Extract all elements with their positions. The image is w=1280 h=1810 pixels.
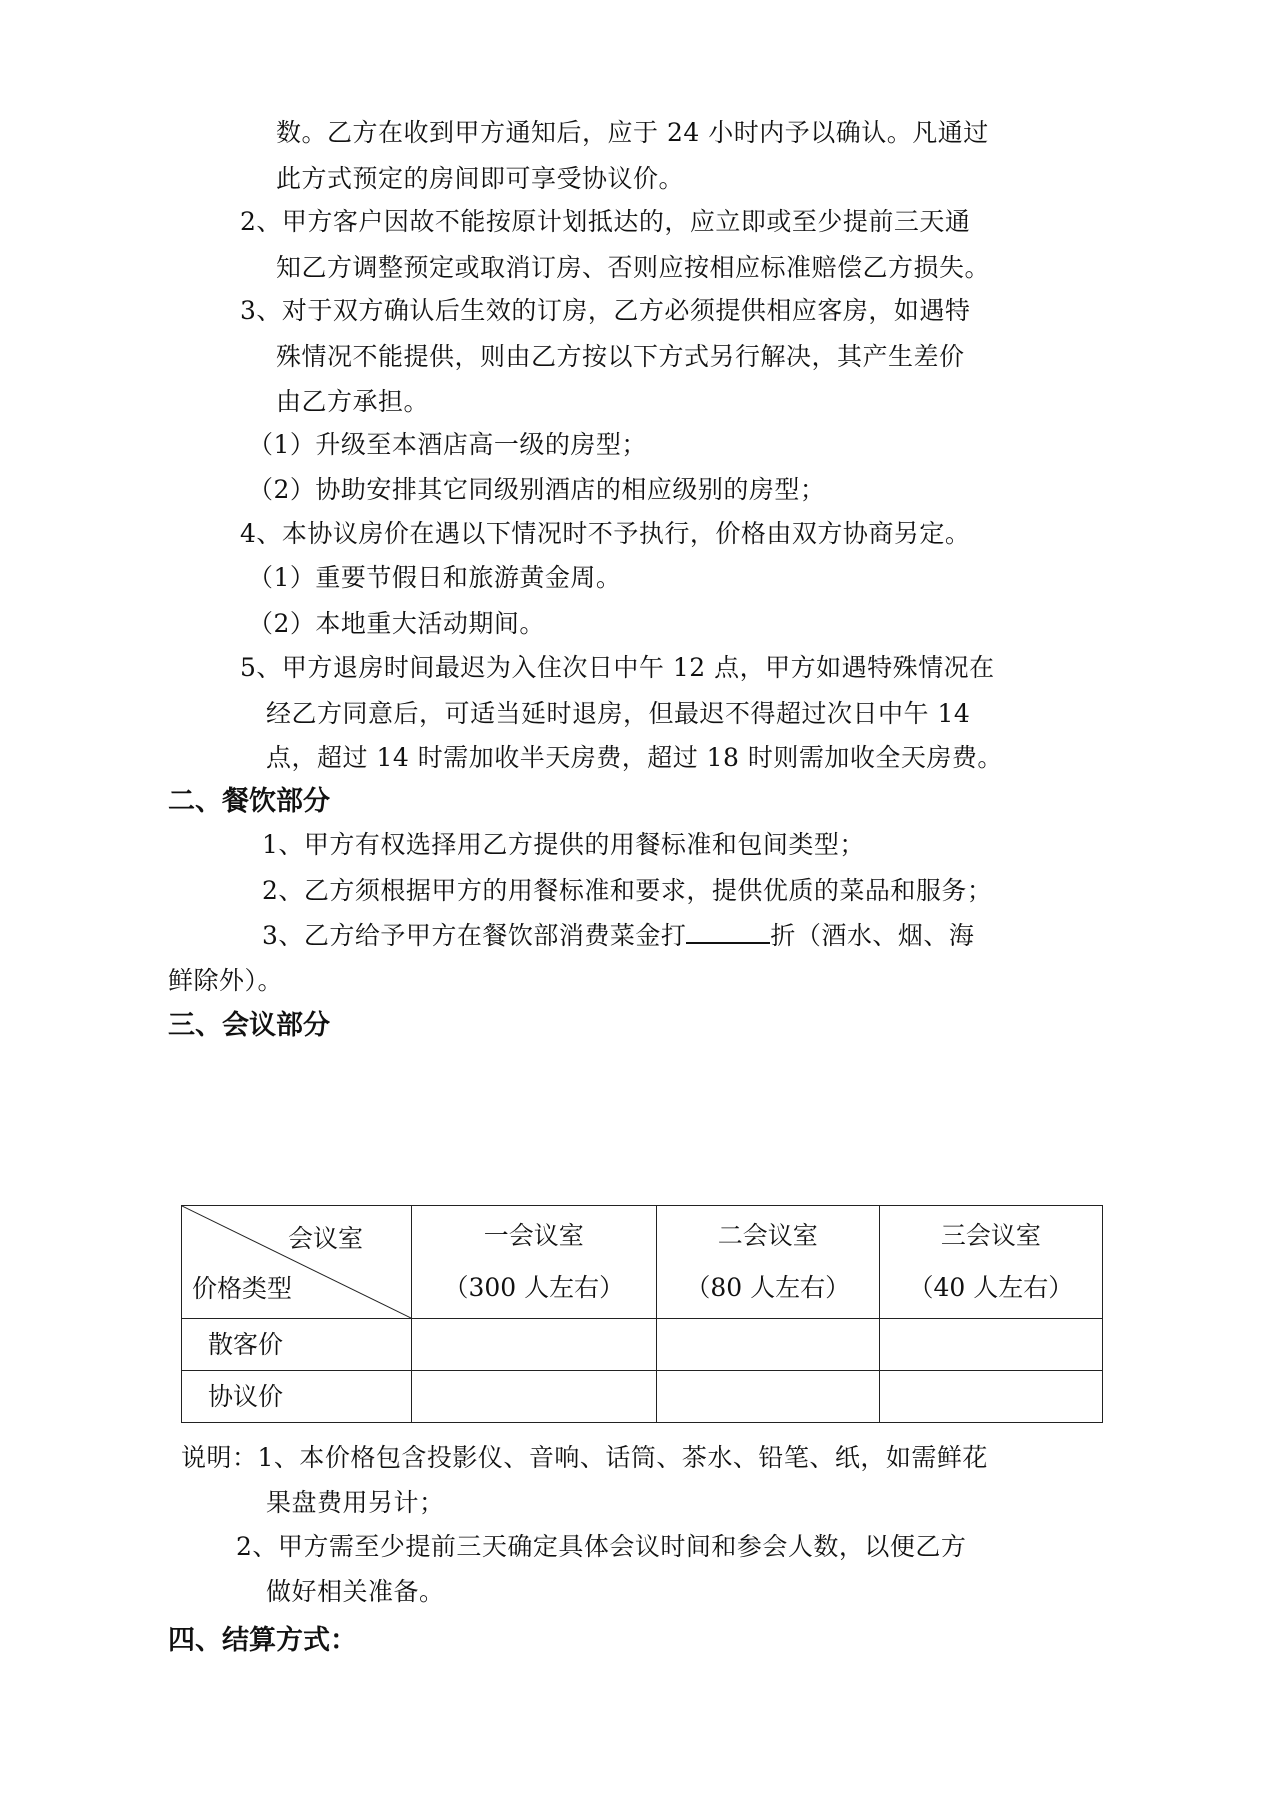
table-header-row: 会议室 价格类型 一会议室 （300 人左右） 二会议室 （80 人左右） 三会…: [182, 1206, 1103, 1319]
room-capacity: （40 人左右）: [880, 1273, 1102, 1303]
lodging-item5-line1: 5、甲方退房时间最迟为入住次日中午 12 点，甲方如遇特殊情况在: [240, 653, 995, 683]
corner-label-room: 会议室: [288, 1224, 363, 1254]
lodging-item3-line2: 殊情况不能提供，则由乙方按以下方式另行解决，其产生差价: [276, 342, 965, 372]
corner-label-price-type: 价格类型: [192, 1274, 292, 1304]
lodging-item2-line1: 2、甲方客户因故不能按原计划抵达的，应立即或至少提前三天通: [240, 207, 970, 237]
table-row: 协议价: [182, 1371, 1103, 1423]
discount-blank-field[interactable]: [686, 920, 770, 944]
column-header-room-3: 三会议室 （40 人左右）: [879, 1206, 1102, 1319]
table-cell: [879, 1319, 1102, 1371]
lodging-item5-line2: 经乙方同意后，可适当延时退房，但最迟不得超过次日中午 14: [266, 699, 970, 729]
table-cell: [879, 1371, 1102, 1423]
dining-item3: 3、乙方给予甲方在餐饮部消费菜金打折（酒水、烟、海: [262, 920, 974, 951]
meeting-heading: 三、会议部分: [168, 1010, 330, 1042]
meeting-note1-cont: 果盘费用另计；: [266, 1488, 445, 1518]
table-cell: [656, 1319, 879, 1371]
meeting-note2-cont: 做好相关准备。: [266, 1577, 445, 1607]
lodging-item3-line1: 3、对于双方确认后生效的订房，乙方必须提供相应客房，如遇特: [240, 296, 970, 326]
table-corner-cell: 会议室 价格类型: [182, 1206, 412, 1319]
row-label-agreement-price: 协议价: [182, 1371, 412, 1423]
room-name: 一会议室: [412, 1221, 656, 1251]
dining-heading: 二、餐饮部分: [168, 786, 330, 818]
lodging-item4-sub2: （2）本地重大活动期间。: [248, 609, 545, 639]
lodging-item3-sub2: （2）协助安排其它同级别酒店的相应级别的房型；: [248, 475, 825, 505]
dining-item3-cont: 鲜除外）。: [168, 966, 283, 996]
lodging-item5-line3: 点，超过 14 时需加收半天房费，超过 18 时则需加收全天房费。: [266, 743, 1003, 773]
lodging-item3-line3: 由乙方承担。: [276, 387, 429, 417]
table-cell: [412, 1371, 657, 1423]
room-capacity: （300 人左右）: [412, 1273, 656, 1303]
meeting-note1: 说明：1、本价格包含投影仪、音响、话筒、茶水、铅笔、纸，如需鲜花: [181, 1443, 988, 1473]
room-name: 三会议室: [880, 1221, 1102, 1251]
row-label-walkin-price: 散客价: [182, 1319, 412, 1371]
settlement-heading: 四、结算方式：: [168, 1625, 357, 1657]
lodging-item3-sub1: （1）升级至本酒店高一级的房型；: [248, 430, 647, 460]
room-capacity: （80 人左右）: [657, 1273, 879, 1303]
lodging-item4: 4、本协议房价在遇以下情况时不予执行，价格由双方协商另定。: [240, 519, 970, 549]
room-name: 二会议室: [657, 1221, 879, 1251]
meeting-price-table: 会议室 价格类型 一会议室 （300 人左右） 二会议室 （80 人左右） 三会…: [181, 1205, 1103, 1423]
meeting-note2: 2、甲方需至少提前三天确定具体会议时间和参会人数，以便乙方: [236, 1532, 966, 1562]
lodging-item2-line2: 知乙方调整预定或取消订房、否则应按相应标准赔偿乙方损失。: [276, 253, 990, 283]
table-cell: [412, 1319, 657, 1371]
lodging-item1-line1: 数。乙方在收到甲方通知后，应于 24 小时内予以确认。凡通过: [276, 118, 989, 148]
dining-item2: 2、乙方须根据甲方的用餐标准和要求，提供优质的菜品和服务；: [262, 876, 992, 906]
dining-item3-before: 3、乙方给予甲方在餐饮部消费菜金打: [262, 921, 686, 950]
table-row: 散客价: [182, 1319, 1103, 1371]
lodging-item1-line2: 此方式预定的房间即可享受协议价。: [276, 164, 684, 194]
column-header-room-1: 一会议室 （300 人左右）: [412, 1206, 657, 1319]
dining-item3-after: 折（酒水、烟、海: [770, 921, 974, 950]
table-cell: [656, 1371, 879, 1423]
dining-item1: 1、甲方有权选择用乙方提供的用餐标准和包间类型；: [262, 830, 865, 860]
column-header-room-2: 二会议室 （80 人左右）: [656, 1206, 879, 1319]
lodging-item4-sub1: （1）重要节假日和旅游黄金周。: [248, 563, 621, 593]
